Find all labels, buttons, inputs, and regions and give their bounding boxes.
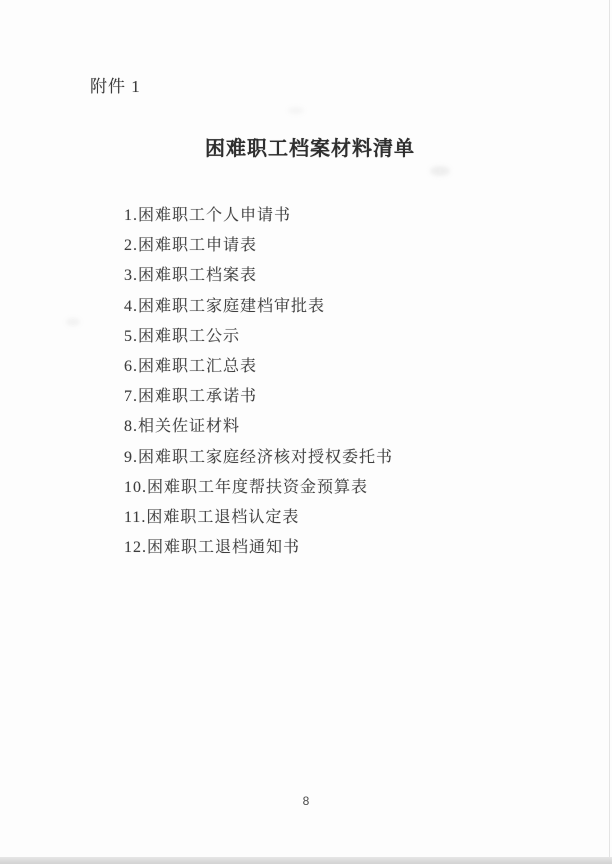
list-item: 4.困难职工家庭建档审批表: [124, 292, 572, 322]
materials-list: 1.困难职工个人申请书 2.困难职工申请表 3.困难职工档案表 4.困难职工家庭…: [124, 201, 572, 563]
document-title: 困难职工档案材料清单: [0, 132, 612, 161]
list-item: 11.困难职工退档认定表: [124, 503, 572, 533]
page-number: 8: [0, 794, 612, 808]
list-item: 2.困难职工申请表: [124, 231, 572, 261]
list-item: 8.相关佐证材料: [124, 412, 572, 442]
scan-edge-right: [609, 0, 610, 864]
attachment-label: 附件 1: [90, 72, 141, 97]
scanned-document-page: 附件 1 困难职工档案材料清单 1.困难职工个人申请书 2.困难职工申请表 3.…: [0, 0, 612, 864]
list-item: 1.困难职工个人申请书: [124, 201, 572, 231]
scan-smudge: [288, 107, 304, 114]
list-item: 12.困难职工退档通知书: [124, 533, 572, 563]
scan-smudge: [430, 166, 450, 176]
list-item: 9.困难职工家庭经济核对授权委托书: [124, 443, 572, 473]
list-item: 7.困难职工承诺书: [124, 382, 572, 412]
scan-smudge: [66, 318, 80, 326]
list-item: 3.困难职工档案表: [124, 261, 572, 291]
list-item: 10.困难职工年度帮扶资金预算表: [124, 473, 572, 503]
list-item: 5.困难职工公示: [124, 322, 572, 352]
list-item: 6.困难职工汇总表: [124, 352, 572, 382]
scan-edge-bottom: [0, 857, 612, 864]
